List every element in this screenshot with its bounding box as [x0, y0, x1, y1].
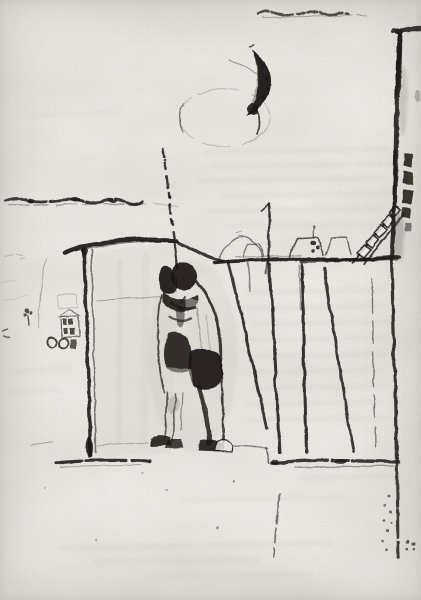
man-hips-dark [187, 348, 221, 389]
sketch-canvas [0, 0, 421, 600]
wall-tail-below-fence [396, 462, 397, 558]
scanned-sketch-page [0, 0, 421, 600]
skirt-light [162, 366, 193, 392]
couple-figures [147, 260, 237, 451]
waist-dark-mass [163, 332, 191, 372]
